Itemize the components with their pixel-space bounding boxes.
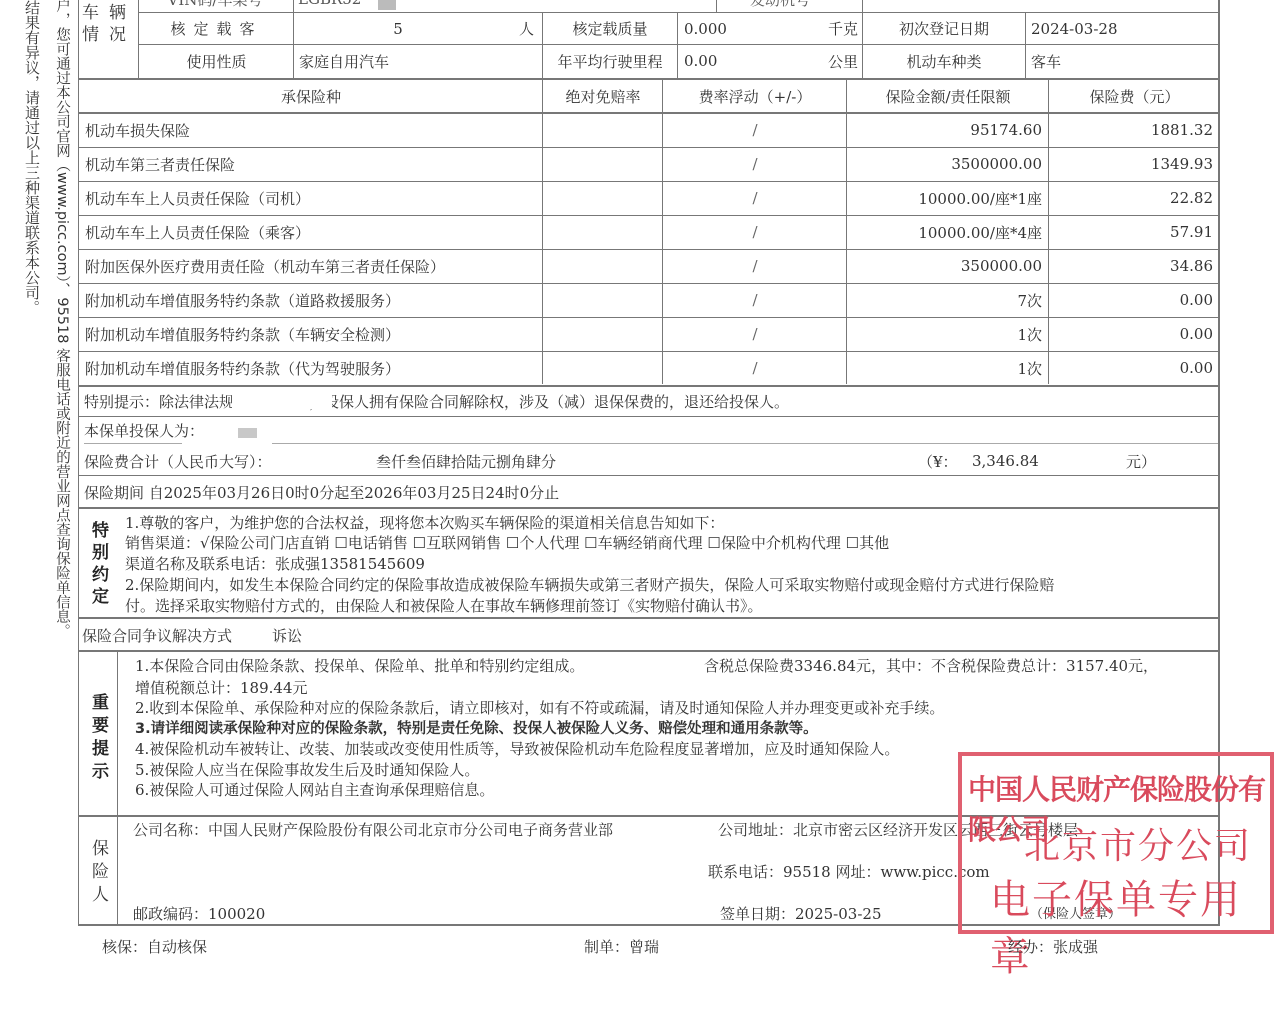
important-line2: 2.收到本保险单、承保险种对应的保险条款后，请立即核对，如有不符或疏漏，请及时通… [135, 697, 944, 718]
coverage-name: 机动车车上人员责任保险（司机） [85, 181, 541, 215]
vin-label: VIN码/车架号 [140, 0, 290, 10]
important-line6: 6.被保险人可通过保险人网站自主查询承保理赔信息。 [135, 779, 494, 800]
special-agreement-line1: 1.尊敬的客户，为维护您的合法权益，现将您本次购买车辆保险的渠道相关信息告知如下… [125, 512, 724, 533]
coverage-premium: 57.91 [1050, 215, 1213, 249]
channel-option: ☐车辆经销商代理 [584, 534, 702, 552]
coverage-premium: 0.00 [1050, 351, 1213, 385]
checkbox-icon: ☐ [334, 534, 347, 552]
divider [862, 0, 863, 12]
channel-option: ☐其他 [846, 534, 889, 552]
vehicle-type-value: 客车 [1031, 45, 1211, 77]
side-note-col1: 结果有异议，请通过以上三种渠道联系本公司。 [22, 0, 43, 315]
coverage-deductible [544, 249, 662, 283]
coverage-rate: / [664, 249, 846, 283]
first-registration-value: 2024-03-28 [1031, 13, 1211, 44]
insurer-label: 保险人 [92, 838, 112, 907]
divider [78, 475, 1220, 476]
redaction [378, 0, 396, 10]
side-note-col2: 户，您可通过本公司官网（www.picc.com）、95518 客服电话或附近的… [52, 0, 73, 638]
divider [78, 617, 1220, 619]
insurer-postcode: 邮政编码：100020 [133, 903, 265, 924]
prepared-by: 制单：曾瑞 [584, 936, 659, 957]
divider [78, 650, 1220, 652]
coverage-name: 附加机动车增值服务特约条款（代为驾驶服务） [85, 351, 541, 385]
tax-info: 含税总保险费3346.84元，其中：不含税保险费总计：3157.40元， [704, 655, 1158, 676]
special-agreement-line2a: 2.保险期间内，如发生本保险合同约定的保险事故造成被保险车辆损失或第三者财产损失… [125, 574, 1054, 595]
divider [1025, 12, 1026, 78]
underwriting: 核保：自动核保 [102, 936, 207, 957]
total-suffix: 元） [1126, 447, 1186, 475]
divider [662, 80, 663, 384]
coverage-amount: 3500000.00 [848, 147, 1042, 181]
important-line1: 1.本保险合同由保险条款、投保单、保险单、批单和特别约定组成。 [135, 655, 584, 676]
coverage-amount: 95174.60 [848, 113, 1042, 147]
vat-total: 增值税额总计：189.44元 [135, 677, 308, 698]
important-line4: 4.被保险机动车被转让、改装、加装或改变使用性质等，导致被保险机动车危险程度显著… [135, 738, 899, 759]
coverage-amount: 1次 [848, 351, 1042, 385]
stamp-line3: 电子保单专用章 [990, 868, 1270, 982]
total-label: 保险费合计（人民币大写）： [84, 447, 384, 475]
checkbox-icon: ☐ [584, 534, 597, 552]
coverage-rate: / [664, 181, 846, 215]
coverage-header-3: 保险金额/责任限额 [848, 80, 1048, 112]
coverage-name: 附加机动车增值服务特约条款（车辆安全检测） [85, 317, 541, 351]
annual-mileage-unit: 公里 [678, 45, 858, 77]
coverage-rate: / [664, 283, 846, 317]
divider [846, 80, 847, 384]
coverage-amount: 350000.00 [848, 249, 1042, 283]
coverage-deductible [544, 351, 662, 385]
channel-contact: 渠道名称及联系电话：张成强13581545609 [125, 553, 425, 574]
coverage-premium: 1881.32 [1050, 113, 1213, 147]
coverage-amount: 10000.00/座*4座 [848, 215, 1042, 249]
coverage-premium: 1349.93 [1050, 147, 1213, 181]
checkbox-icon: ☐ [413, 534, 426, 552]
divider [117, 652, 118, 924]
approved-load-unit: 千克 [678, 13, 858, 44]
approved-load-label: 核定载质量 [543, 13, 677, 44]
usage-value: 家庭自用汽车 [299, 45, 539, 77]
handled-by: 经办：张成强 [1008, 936, 1098, 957]
checkbox-icon: ☐ [506, 534, 519, 552]
checkbox-icon: ☐ [707, 534, 720, 552]
stamp-line2: 北京市分公司 [1024, 818, 1252, 869]
special-agreement-line2b: 付。选择采取实物赔付方式的，由保险人和被保险人在事故车辆修理前签订《实物赔付确认… [125, 595, 763, 616]
insurance-period: 保险期间 自2025年03月26日0时0分起至2026年03月25日24时0分止 [84, 477, 884, 507]
redaction [232, 389, 332, 409]
coverage-rate: / [664, 317, 846, 351]
coverage-premium: 0.00 [1050, 317, 1213, 351]
coverage-deductible [544, 283, 662, 317]
divider [78, 507, 1220, 509]
divider [716, 0, 717, 12]
important-line5: 5.被保险人应当在保险事故发生后及时通知保险人。 [135, 759, 479, 780]
checkbox-icon: ☐ [846, 534, 859, 552]
checkmark-icon: √ [200, 534, 210, 552]
channel-option: ☐个人代理 [506, 534, 579, 552]
coverage-name: 机动车第三者责任保险 [85, 147, 541, 181]
coverage-deductible [544, 181, 662, 215]
approved-passengers-label: 核定载客 [140, 13, 293, 44]
sales-channel-label: 销售渠道： [125, 534, 200, 552]
vehicle-section-label: 车辆情况 [80, 0, 138, 48]
approved-passengers-unit: 人 [294, 13, 534, 44]
dispute-value: 诉讼 [272, 620, 352, 650]
channel-option: ☐互联网销售 [413, 534, 501, 552]
divider [1048, 80, 1049, 384]
coverage-rate: / [664, 351, 846, 385]
coverage-premium: 34.86 [1050, 249, 1213, 283]
coverage-deductible [544, 147, 662, 181]
coverage-rate: / [664, 215, 846, 249]
coverage-name: 附加医保外医疗费用责任险（机动车第三者责任保险） [85, 249, 541, 283]
coverage-premium: 0.00 [1050, 283, 1213, 317]
dispute-label: 保险合同争议解决方式 [82, 620, 262, 650]
coverage-deductible [544, 215, 662, 249]
coverage-deductible [544, 317, 662, 351]
important-label: 重要提示 [92, 692, 112, 784]
coverage-name: 附加机动车增值服务特约条款（道路救援服务） [85, 283, 541, 317]
coverage-premium: 22.82 [1050, 181, 1213, 215]
coverage-rate: / [664, 147, 846, 181]
coverage-amount: 10000.00/座*1座 [848, 181, 1042, 215]
usage-label: 使用性质 [140, 45, 293, 77]
coverage-amount: 7次 [848, 283, 1042, 317]
channel-option: √保险公司门店直销 [200, 534, 330, 552]
important-line3: 3.请详细阅读承保险种对应的保险条款，特别是责任免除、投保人被保险人义务、赔偿处… [135, 717, 818, 738]
coverage-amount: 1次 [848, 317, 1042, 351]
total-yen-prefix: （¥： [918, 447, 978, 475]
divider [542, 80, 543, 384]
outer-left-border [78, 0, 79, 925]
vehicle-type-label: 机动车种类 [863, 45, 1025, 77]
total-chinese-amount: 叁仟叁佰肆拾陆元捌角肆分 [376, 447, 636, 475]
special-agreement-label: 特别约定 [92, 520, 112, 608]
channel-option: ☐保险中介机构代理 [707, 534, 840, 552]
company-seal-stamp: 中国人民财产保险股份有限公司 北京市分公司 电子保单专用章 [958, 752, 1274, 934]
coverage-header-0: 承保险种 [80, 80, 542, 112]
coverage-name: 机动车车上人员责任保险（乘客） [85, 215, 541, 249]
engine-label: 发动机号 [720, 0, 840, 10]
coverage-header-2: 费率浮动（+/-） [664, 80, 846, 112]
annual-mileage-label: 年平均行驶里程 [543, 45, 677, 77]
first-registration-label: 初次登记日期 [863, 13, 1025, 44]
coverage-header-1: 绝对免赔率 [544, 80, 662, 112]
coverage-rate: / [664, 113, 846, 147]
coverage-header-4: 保险费（元） [1050, 80, 1219, 112]
total-amount: 3,346.84 [972, 447, 1072, 475]
coverage-deductible [544, 113, 662, 147]
coverage-name: 机动车损失保险 [85, 113, 541, 147]
insurer-phone-web: 联系电话：95518 网址：www.picc.com [708, 861, 990, 882]
sign-date: 签单日期：2025-03-25 [720, 903, 882, 924]
channel-option: ☐电话销售 [334, 534, 407, 552]
insurer-company-name: 公司名称：中国人民财产保险股份有限公司北京市分公司电子商务营业部 [133, 819, 613, 840]
sales-channel-row: 销售渠道：√保险公司门店直销 ☐电话销售 ☐互联网销售 ☐个人代理 ☐车辆经销商… [125, 532, 889, 553]
